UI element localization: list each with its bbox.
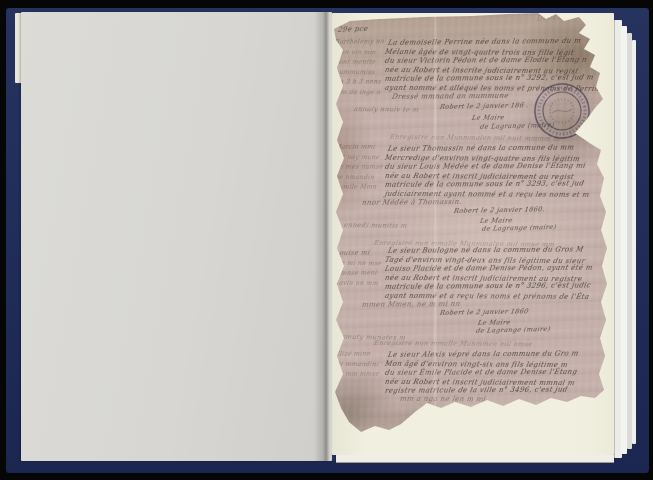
handwriting-line: matricule de la commune sous le n° 3296,… (384, 282, 592, 291)
handwriting-line: Le sieur Alexis vépré dans la commune du… (387, 350, 579, 359)
handwriting-line: registre matricule de la ville n° 3496, … (384, 386, 568, 395)
handwriting-line: ne nmandin (334, 174, 375, 181)
handwriting-line: enned) munitis m (343, 221, 408, 230)
handwriting-line: Louiso Placide et de dame Denise Pédon, … (384, 264, 593, 273)
handwriting-line: Robert le 2 janvier 1860. (453, 205, 546, 215)
handwriting-line: Enregistré nun Munmmalen mil nuit mmmm n… (389, 133, 563, 143)
fore-edge-page-stack (632, 40, 636, 444)
handwriting-line: du sieur Louis Médée et de dame Denise l… (384, 162, 586, 171)
handwriting-line: matricule de la commune sous le n° 3292,… (384, 74, 594, 83)
handwriting-line: Enregistré nun mmalle Munmmen mil nmse (373, 339, 533, 348)
handwriting-line: Le Maire (471, 113, 505, 122)
page-bottom-edge (336, 455, 614, 463)
handwriting-line: mm a nga ne len m mi (399, 395, 487, 403)
handwriting-line: Robert le 2 janvier 1860 (439, 307, 529, 317)
archival-book-scan: 29e pceDeliezmaBarthelemy nnmon vin mmdo… (0, 0, 653, 480)
handwriting-line: La demoiselle Perrine née dans la commun… (387, 37, 582, 47)
left-blank-page (21, 12, 332, 461)
handwriting-line: mmen Mmen, ne m mi nn (361, 300, 461, 309)
handwriting-line: matricule de la commune sous le n° 3293,… (384, 180, 585, 189)
handwriting-line: nummumiss (334, 69, 375, 76)
handwriting-line: du sieur Émile Placide et de dame Denise… (384, 368, 578, 377)
handwriting-line: mi mmandini (334, 361, 379, 368)
handwriting-line: de Lagrange (maire) (475, 325, 551, 335)
handwriting-line: du sieur Victorin Pédon et de dame Élodi… (384, 56, 587, 65)
handwriting-line: havin nn mm (334, 280, 379, 287)
torn-manuscript-fragment: 29e pceDeliezmaBarthelemy nnmon vin mmdo… (332, 13, 614, 437)
handwriting-line: Robert le 2 janvier 186 . (439, 101, 529, 111)
handwriting-line: Le sieur Boulogne né dans la commune du … (387, 246, 584, 255)
handwriting-line: Dressé mmnand an mummune (391, 92, 509, 101)
handwriting-line: Élizé minn (334, 351, 371, 358)
handwriting-line: nnor Médée à Thomassin. (361, 198, 463, 207)
handwriting-line: de Lagrange (maire) (481, 223, 557, 233)
handwriting-line: nn mes numse (334, 164, 384, 171)
handwriting-line: Le sieur Thomassin né dans la commune du… (387, 144, 575, 153)
handwriting-line: annaly nnuiv te m (353, 105, 420, 114)
handwriting-line: Barthelemy nn (334, 38, 385, 46)
page-annotation: 29e pce (337, 25, 369, 34)
handwriting-line: dont mentte (334, 59, 376, 66)
